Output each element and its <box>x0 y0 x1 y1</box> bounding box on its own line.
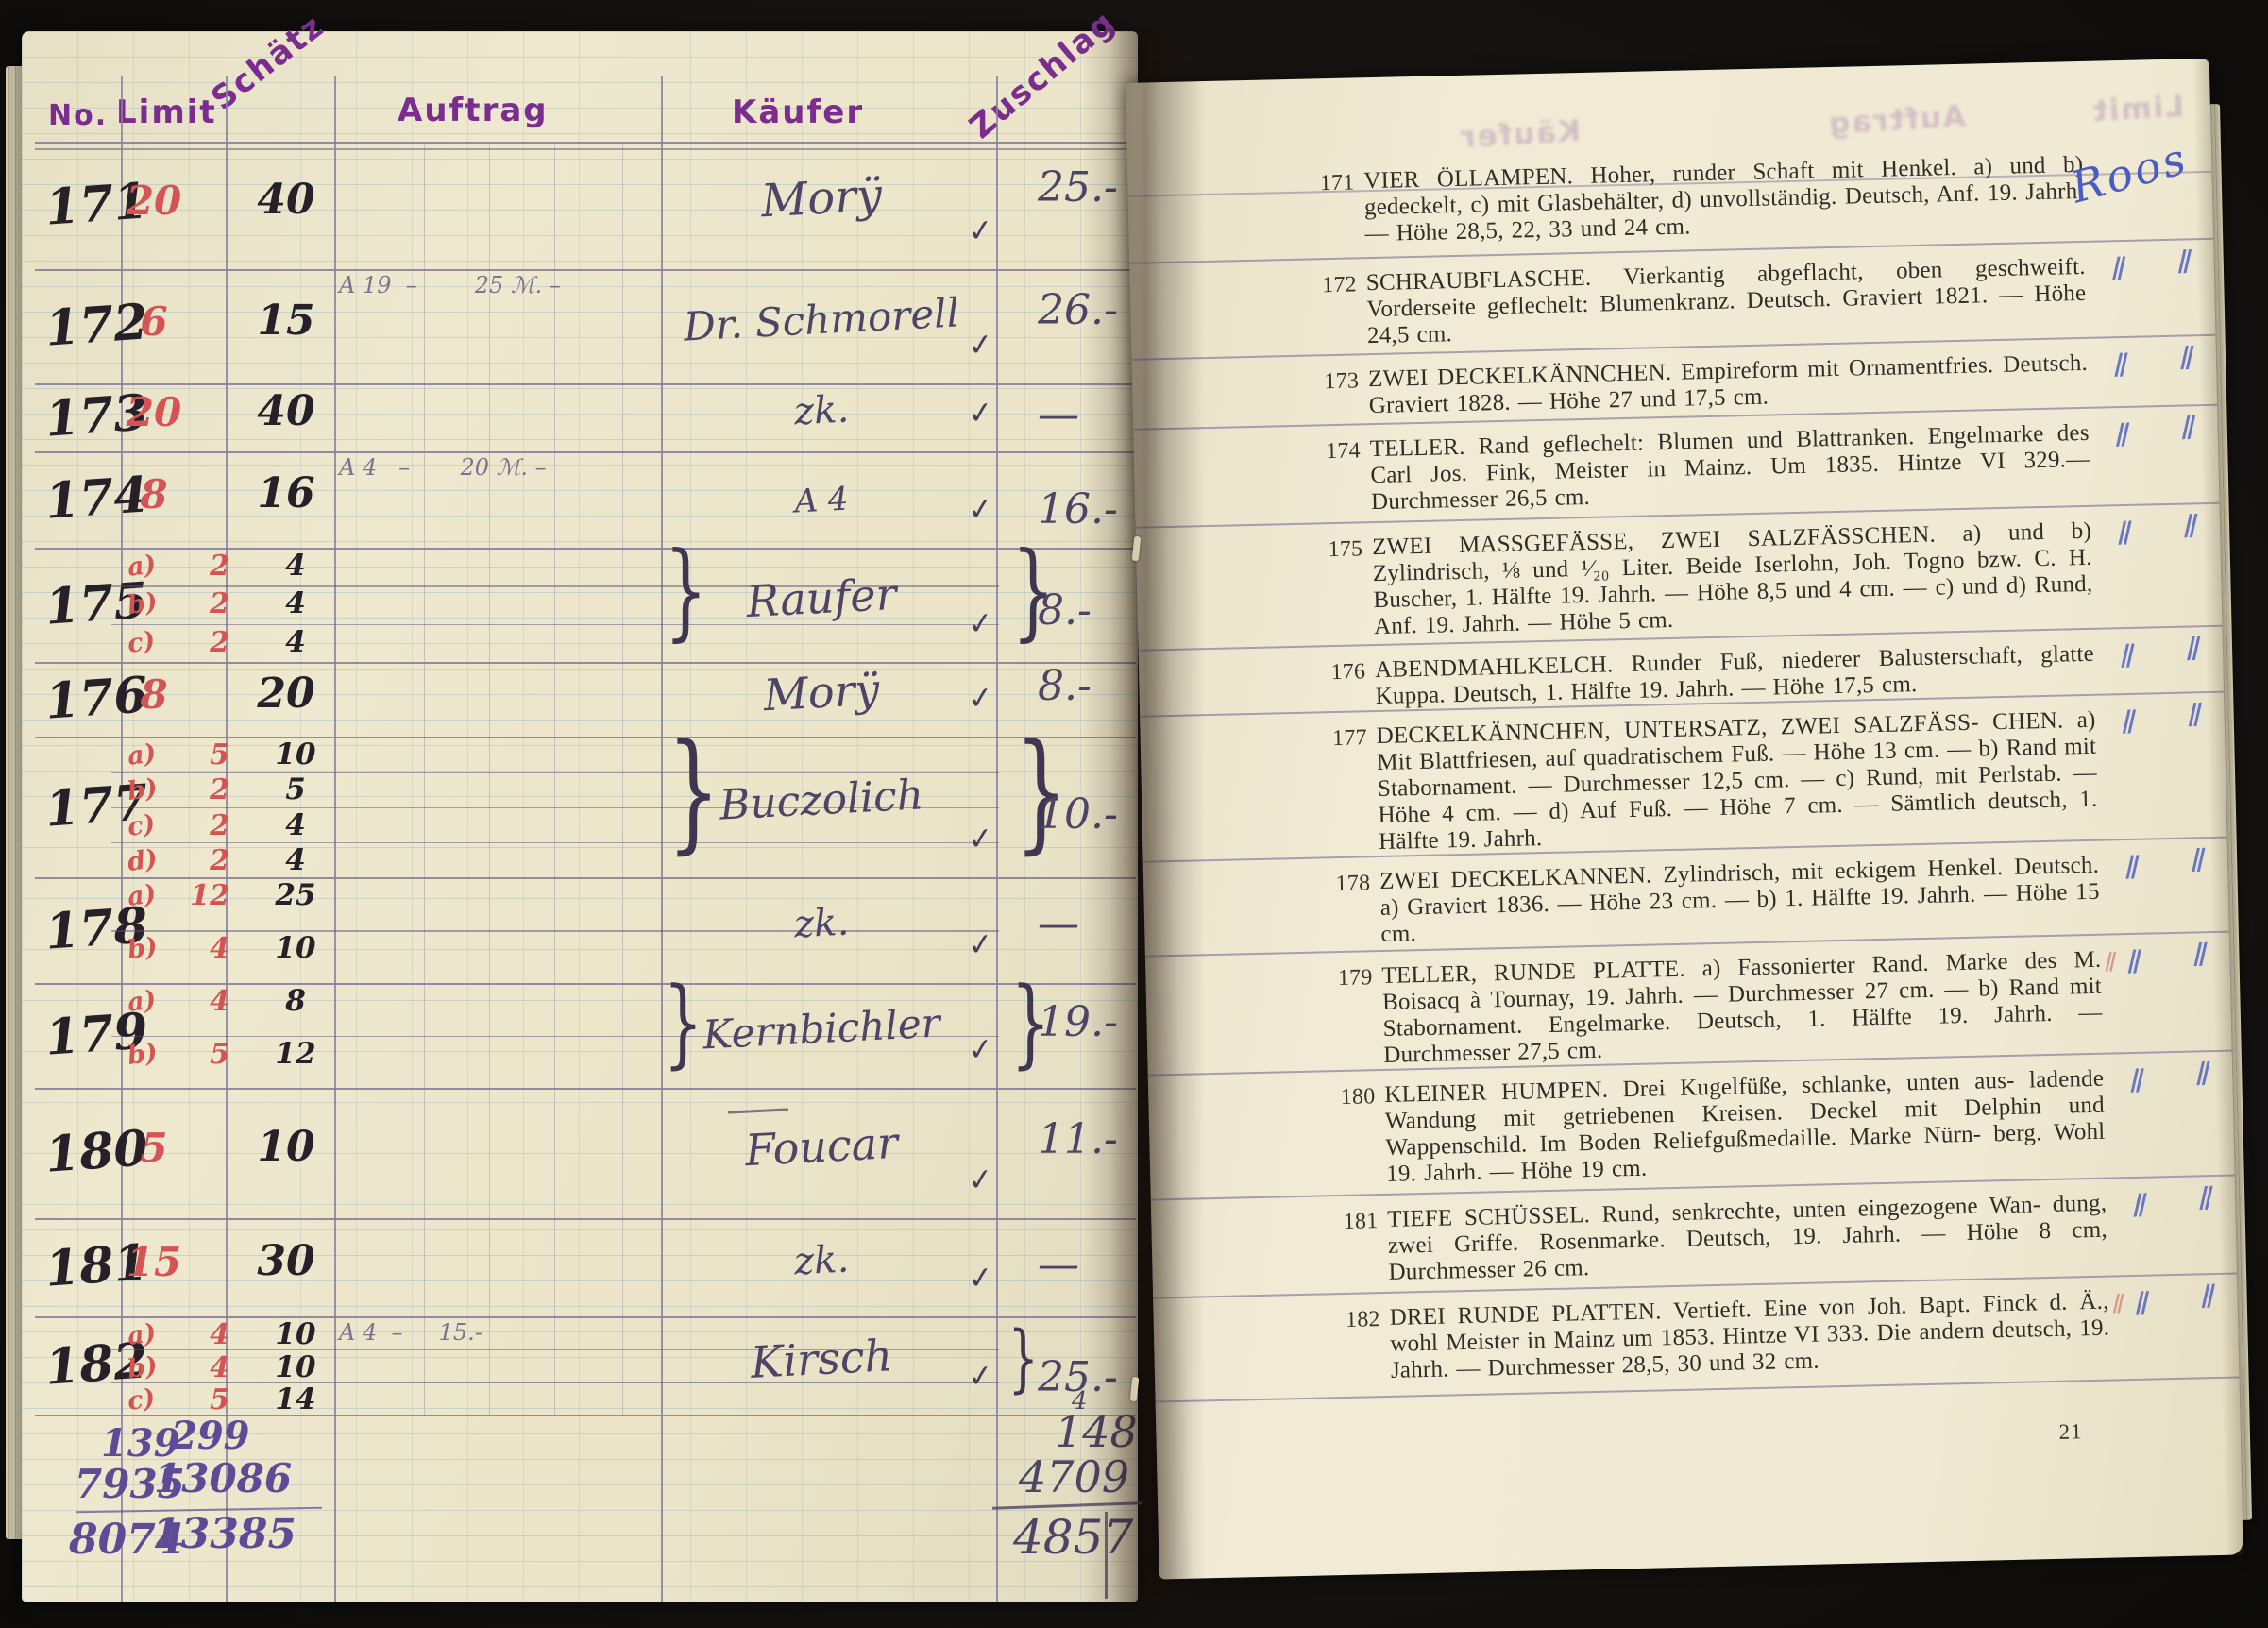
sub-schaetz-value: 4 <box>258 549 333 583</box>
sub-limit-value: 12 <box>173 879 229 912</box>
catalog-lot-text: KLEINER HUMPEN. Drei Kugelfüße, schlanke… <box>1384 1066 2106 1187</box>
column-header-kaeufer: Käufer <box>732 93 864 131</box>
ditto-mark: ∥ <box>2119 708 2141 738</box>
limit-value: 8 <box>116 471 192 517</box>
sub-letter: b) <box>126 1351 160 1384</box>
checkmark: ✓ <box>966 1161 995 1199</box>
checkmark: ✓ <box>966 1259 995 1297</box>
kaeufer-name: Foucar <box>660 1112 983 1180</box>
kaeufer-name: Dr. Schmorell <box>660 288 983 351</box>
catalog-lot-number: 172 <box>1302 271 1358 298</box>
kaeufer-name: zk. <box>660 381 983 441</box>
zuschlag-total-flourish <box>1105 1512 1108 1599</box>
limit-value: 20 <box>116 389 192 435</box>
sub-letter: c) <box>126 1383 157 1416</box>
zuschlag-totals-rule <box>992 1501 1142 1509</box>
ditto-mark: ∥ <box>2123 854 2144 884</box>
kaeufer-name: zk. <box>660 1230 983 1291</box>
sub-schaetz-value: 10 <box>258 1317 333 1351</box>
ditto-mark: ∥ <box>2188 846 2209 876</box>
col-subline <box>489 142 490 1415</box>
zuschlag-value: — <box>1038 391 1143 439</box>
catalog-entry-174: 174TELLER. Rand geflechelt: Blumen und B… <box>1370 420 2091 516</box>
schaetz-value: 40 <box>244 387 329 435</box>
ditto-mark: ∥ <box>2178 414 2200 444</box>
catalog-page: KäuferAuftragLimit 171VIER ÖLLAMPEN. Hoh… <box>1126 59 2243 1580</box>
ledger-row-separator <box>35 451 1136 453</box>
zuschlag-value: 25.- <box>1038 1353 1143 1401</box>
checkmark: ✓ <box>966 1030 995 1069</box>
kaeufer-name: Kernbichler <box>660 997 983 1060</box>
sub-schaetz-value: 8 <box>258 984 333 1018</box>
column-header-no: No. <box>48 99 108 132</box>
catalog-lot-number: 175 <box>1308 535 1363 563</box>
zuschlag-subtotal: 148 <box>1055 1406 1138 1457</box>
catalog-entries: 171VIER ÖLLAMPEN. Hoher, runder Schaft m… <box>1126 59 2209 83</box>
catalog-entry-177: 177DECKELKÄNNCHEN, UNTERSATZ, ZWEI SALZF… <box>1376 707 2098 856</box>
ditto-mark: ∥ <box>2132 1290 2154 1320</box>
sub-limit-value: 5 <box>173 738 229 772</box>
schaetz-value: 10 <box>244 1123 329 1171</box>
col-line-kaeufer-zuschlag <box>996 76 998 1602</box>
limit-value: 6 <box>116 298 192 345</box>
catalog-lot-text: SCHRAUBFLASCHE. Vierkantig abgeflacht, o… <box>1366 254 2087 348</box>
ledger-row-separator <box>35 1088 1136 1090</box>
sub-letter: b) <box>126 1037 160 1070</box>
catalog-entry-180: 180KLEINER HUMPEN. Drei Kugelfüße, schla… <box>1384 1066 2106 1188</box>
catalog-lot-text: TIEFE SCHÜSSEL. Rund, senkrechte, unten … <box>1387 1191 2107 1285</box>
catalog-lot-number: 178 <box>1315 870 1371 897</box>
catalog-entry-171: 171VIER ÖLLAMPEN. Hoher, runder Schaft m… <box>1363 152 2085 247</box>
catalog-lot-text: TELLER. Rand geflechelt: Blumen und Blat… <box>1370 420 2090 515</box>
catalog-lot-text: ZWEI DECKELKÄNNCHEN. Empireform mit Orna… <box>1368 350 2088 418</box>
ghost-stamp-2: Limit <box>2090 90 2185 129</box>
catalog-lot-number: 177 <box>1312 724 1367 752</box>
scanned-auction-ledger-spread: No. Limit Schätz Auftrag Käufer Zuschlag… <box>0 0 2268 1628</box>
sub-schaetz-value: 4 <box>258 843 333 877</box>
catalog-lot-text: VIER ÖLLAMPEN. Hoher, runder Schaft mit … <box>1363 152 2084 246</box>
ditto-mark: ∥ <box>2112 421 2134 451</box>
catalog-lot-text: ABENDMAHLKELCH. Runder Fuß, niederer Bal… <box>1375 641 2094 709</box>
buyer-annotation-roos: Roos <box>2065 132 2192 212</box>
sub-limit-value: 4 <box>173 1351 229 1384</box>
zuschlag-value: 16.- <box>1038 485 1143 534</box>
ledger-header-underline <box>35 148 1136 150</box>
column-header-limit: Limit <box>116 93 217 131</box>
sub-schaetz-value: 4 <box>258 808 333 842</box>
catalog-entry-178: 178ZWEI DECKELKANNEN. Zylindrisch, mit e… <box>1379 853 2101 948</box>
ditto-mark: ∥ <box>2115 519 2137 550</box>
sub-limit-value: 4 <box>173 932 229 965</box>
col-subline <box>424 142 425 1415</box>
auftrag-note: A 19 – 25 ℳ. – <box>339 272 561 298</box>
auftrag-note: A 4 – 15.- <box>339 1319 482 1346</box>
catalog-lot-number: 180 <box>1320 1083 1376 1111</box>
catalog-lot-number: 182 <box>1325 1306 1380 1333</box>
zuschlag-value: — <box>1038 900 1143 948</box>
ditto-mark: ∥ <box>2198 1282 2220 1313</box>
sub-letter: a) <box>126 879 158 912</box>
sub-schaetz-value: 10 <box>258 1350 333 1384</box>
sub-schaetz-value: 14 <box>258 1382 333 1416</box>
col-subline <box>554 142 555 1415</box>
catalog-lot-text: ZWEI MASSGEFÄSSE, ZWEI SALZFÄSSCHEN. a) … <box>1372 518 2093 639</box>
ditto-mark: ∥ <box>2175 247 2196 278</box>
brace-left: } <box>663 975 702 1072</box>
ghost-stamp-0: Käufer <box>1458 114 1582 155</box>
checkmark: ✓ <box>966 394 995 432</box>
sub-limit-value: 4 <box>173 1318 229 1351</box>
catalog-bottom-separator <box>1156 1376 2240 1402</box>
checkmark: ✓ <box>966 326 995 365</box>
ditto-mark: ∥ <box>2117 642 2139 672</box>
column-header-zuschlag: Zuschlag <box>962 3 1123 146</box>
schaetz-value: 40 <box>244 176 329 224</box>
kaeufer-name: Raufer <box>660 564 983 632</box>
brace-left: } <box>667 727 720 856</box>
ditto-mark: ∥ <box>2180 512 2202 542</box>
checkmark: ✓ <box>966 1357 995 1396</box>
zuschlag-value: 26.- <box>1038 286 1143 334</box>
schaetz-value: 30 <box>244 1237 329 1285</box>
sub-letter: c) <box>126 626 157 659</box>
ledger-page: No. Limit Schätz Auftrag Käufer Zuschlag… <box>22 31 1138 1602</box>
kaeufer-name: zk. <box>660 893 983 954</box>
ledger-row-separator <box>35 269 1136 271</box>
catalog-entry-172: 172SCHRAUBFLASCHE. Vierkantig abgeflacht… <box>1366 254 2088 349</box>
ghost-stamp-1: Auftrag <box>1826 99 1967 141</box>
sub-limit-value: 2 <box>173 844 229 877</box>
zuschlag-value: 11.- <box>1038 1115 1143 1163</box>
sub-schaetz-value: 25 <box>258 878 333 912</box>
schaetz-value: 15 <box>244 297 329 345</box>
ditto-mark: ∥ <box>2191 941 2212 971</box>
zuschlag-value: — <box>1038 1241 1143 1289</box>
ditto-mark: ∥ <box>2111 351 2133 382</box>
schaetz-subtotal: 299 <box>171 1414 250 1458</box>
sub-limit-value: 5 <box>173 1383 229 1416</box>
zuschlag-value: 8.- <box>1038 586 1143 635</box>
sub-limit-value: 2 <box>173 587 229 620</box>
ditto-mark: ∥ <box>2183 635 2205 665</box>
checkmark: ✓ <box>966 925 995 964</box>
sub-letter: b) <box>126 773 160 806</box>
sub-letter: b) <box>126 932 160 965</box>
column-header-schaetz: Schätz <box>204 7 331 118</box>
brace-right: } <box>1008 1322 1039 1396</box>
catalog-lot-number: 171 <box>1299 169 1355 196</box>
sub-schaetz-value: 4 <box>258 625 333 659</box>
sub-letter: a) <box>126 1318 158 1351</box>
sub-limit-value: 2 <box>173 550 229 583</box>
sub-letter: a) <box>126 985 158 1018</box>
sub-schaetz-value: 4 <box>258 586 333 620</box>
ditto-mark: ∥ <box>2130 1192 2152 1222</box>
sub-limit-value: 2 <box>173 809 229 842</box>
kaeufer-name: Morÿ <box>660 163 983 233</box>
zuschlag-value: 19.- <box>1038 998 1143 1046</box>
sub-schaetz-value: 12 <box>258 1037 333 1071</box>
sub-limit-value: 2 <box>173 773 229 806</box>
zuschlag-carry: 4709 <box>1019 1451 1129 1502</box>
sub-letter: a) <box>126 550 158 583</box>
ledger-row-separator <box>35 142 1136 144</box>
catalog-lot-number: 176 <box>1311 658 1366 686</box>
sub-letter: b) <box>126 587 160 620</box>
ditto-mark: ∥ <box>2124 948 2146 978</box>
col-line-schaetz-auftrag <box>334 76 336 1602</box>
checkmark: ✓ <box>966 212 995 250</box>
checkmark: ✓ <box>966 604 995 643</box>
sub-letter: d) <box>126 844 160 877</box>
page-number: 21 <box>2058 1419 2083 1445</box>
ditto-mark: ∥ <box>2176 344 2198 374</box>
limit-value: 5 <box>116 1125 192 1171</box>
schaetz-total: 13385 <box>152 1510 296 1558</box>
brace-left: } <box>664 539 707 644</box>
catalog-lot-number: 179 <box>1317 964 1373 992</box>
column-header-auftrag: Auftrag <box>398 92 549 129</box>
zuschlag-value: 8.- <box>1038 662 1143 710</box>
sub-limit-value: 5 <box>173 1038 229 1071</box>
catalog-lot-text: TELLER, RUNDE PLATTE. a) Fassonierter Ra… <box>1381 947 2103 1068</box>
limit-value: 20 <box>116 178 192 224</box>
sub-letter: a) <box>126 738 158 772</box>
sub-limit-value: 4 <box>173 985 229 1018</box>
zuschlag-value: 10.- <box>1038 790 1143 839</box>
schaetz-value: 20 <box>244 670 329 718</box>
limit-value: 8 <box>116 671 192 718</box>
ditto-mark: ∥ <box>2127 1067 2149 1097</box>
col-subline <box>622 142 623 1415</box>
catalog-entry-181: 181TIEFE SCHÜSSEL. Rund, senkrechte, unt… <box>1387 1191 2108 1286</box>
ditto-mark: ∥ <box>2185 701 2207 731</box>
foucar-overline <box>728 1108 788 1113</box>
catalog-entry-182: 182DREI RUNDE PLATTEN. Vertieft. Eine vo… <box>1389 1289 2110 1384</box>
schaetz-value: 16 <box>244 469 329 517</box>
ledger-row-separator <box>35 1218 1136 1220</box>
catalog-lot-number: 173 <box>1304 367 1360 395</box>
sub-schaetz-value: 10 <box>258 738 333 772</box>
sub-limit-value: 2 <box>173 626 229 659</box>
catalog-lot-number: 174 <box>1306 437 1362 465</box>
ghost-stamp-offsets: KäuferAuftragLimit <box>1126 59 2209 83</box>
catalog-lot-text: DECKELKÄNNCHEN, UNTERSATZ, ZWEI SALZFÄSS… <box>1376 707 2097 855</box>
kaeufer-name: A 4 <box>660 473 983 528</box>
sub-row-separator <box>111 842 999 844</box>
limit-value: 15 <box>116 1239 192 1285</box>
checkmark: ✓ <box>966 679 995 718</box>
catalog-lot-text: DREI RUNDE PLATTEN. Vertieft. Eine von J… <box>1389 1289 2109 1383</box>
ditto-mark: ∥ <box>2196 1184 2218 1214</box>
catalog-entry-176: 176ABENDMAHLKELCH. Runder Fuß, niederer … <box>1375 641 2095 710</box>
sub-schaetz-value: 5 <box>258 772 333 806</box>
catalog-lot-number: 181 <box>1323 1208 1379 1235</box>
sub-row-separator <box>111 624 999 626</box>
schaetz-carry: 13086 <box>154 1455 292 1501</box>
ditto-mark: ∥ <box>2108 255 2130 285</box>
checkmark: ✓ <box>966 820 995 858</box>
zuschlag-total: 4857 <box>1013 1510 1133 1565</box>
catalog-entry-175: 175ZWEI MASSGEFÄSSE, ZWEI SALZFÄSSCHEN. … <box>1372 518 2093 640</box>
sub-letter: c) <box>126 809 157 842</box>
auftrag-note: A 4 – 20 ℳ. – <box>339 454 547 481</box>
catalog-entry-179: 179TELLER, RUNDE PLATTE. a) Fassonierter… <box>1381 947 2103 1069</box>
checkmark: ✓ <box>966 490 995 529</box>
sub-schaetz-value: 10 <box>258 931 333 965</box>
red-tally-mark: ∥ <box>2110 1292 2129 1316</box>
catalog-lot-text: ZWEI DECKELKANNEN. Zylindrisch, mit ecki… <box>1379 853 2100 947</box>
ditto-mark: ∥ <box>2193 1060 2215 1090</box>
red-tally-mark: ∥ <box>2102 950 2121 975</box>
